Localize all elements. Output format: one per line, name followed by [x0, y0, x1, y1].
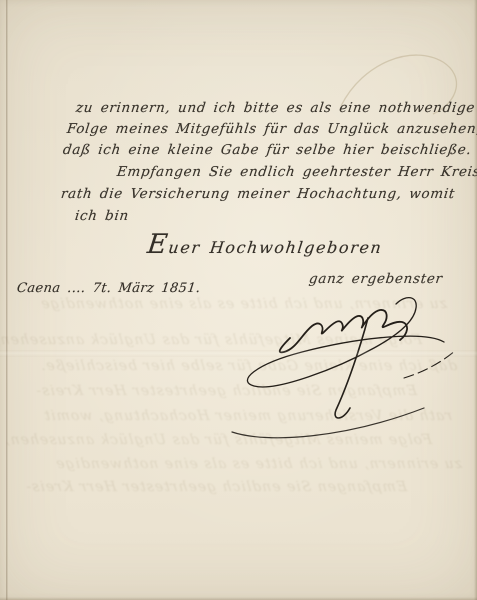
- letter-line: daß ich eine kleine Gabe für selbe hier …: [62, 142, 472, 158]
- show-through-line: Empfangen Sie endlich geehrtester Herr K…: [24, 479, 408, 495]
- fold-crease: [0, 350, 477, 357]
- letter-page: zu erinnern, und ich bitte es als eine n…: [0, 0, 477, 600]
- closing-phrase: ganz ergebenster: [308, 271, 444, 287]
- signature-flourish: [228, 292, 473, 442]
- dateline: Caena .... 7t. März 1851.: [16, 281, 201, 296]
- letter-line: ich bin: [74, 208, 130, 224]
- letter-line: Empfangen Sie endlich geehrtester Herr K…: [116, 164, 477, 180]
- letter-line: zu erinnern, und ich bitte es als eine n…: [75, 100, 476, 116]
- valediction: Euer Hochwohlgeboren: [146, 238, 384, 257]
- letter-line: rath die Versicherung meiner Hochachtung…: [60, 186, 456, 202]
- show-through-line: zu erinnern, und ich bitte es als eine n…: [54, 456, 463, 472]
- letter-line: Folge meines Mitgefühls für das Unglück …: [66, 121, 477, 137]
- paper-edge-left: [6, 0, 8, 600]
